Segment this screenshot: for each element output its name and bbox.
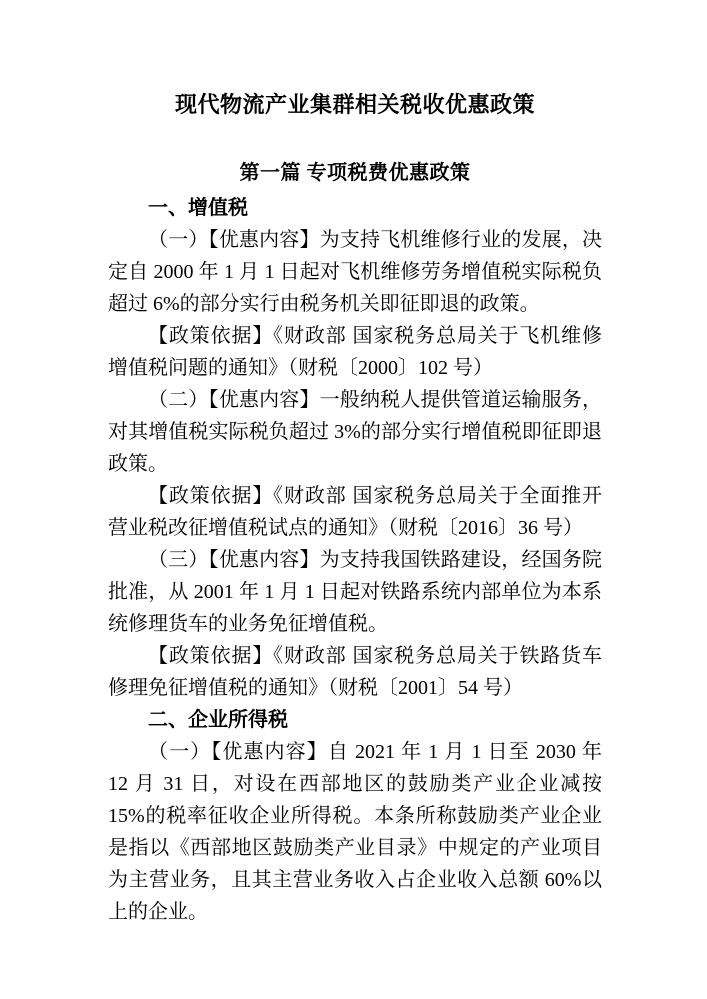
paragraph-vat-benefit-3: （三）【优惠内容】为支持我国铁路建设，经国务院批准，从 2001 年 1 月 1…	[108, 544, 602, 640]
paragraph-vat-basis-1: 【政策依据】《财政部 国家税务总局关于飞机维修增值税问题的通知》（财税〔2000…	[108, 320, 602, 384]
paragraph-vat-benefit-2: （二）【优惠内容】一般纳税人提供管道运输服务，对其增值税实际税负超过 3%的部分…	[108, 384, 602, 480]
section-heading-vat: 一、增值税	[108, 192, 602, 224]
document-title: 现代物流产业集群相关税收优惠政策	[108, 90, 602, 120]
section-heading-corporate-income-tax: 二、企业所得税	[108, 704, 602, 736]
paragraph-vat-basis-3: 【政策依据】《财政部 国家税务总局关于铁路货车修理免征增值税的通知》（财税〔20…	[108, 640, 602, 704]
part-title: 第一篇 专项税费优惠政策	[108, 159, 602, 187]
paragraph-vat-basis-2: 【政策依据】《财政部 国家税务总局关于全面推开营业税改征增值税试点的通知》（财税…	[108, 480, 602, 544]
document-page: 现代物流产业集群相关税收优惠政策 第一篇 专项税费优惠政策 一、增值税 （一）【…	[0, 0, 707, 999]
paragraph-cit-benefit-1: （一）【优惠内容】自 2021 年 1 月 1 日至 2030 年 12 月 3…	[108, 736, 602, 928]
document-body: 一、增值税 （一）【优惠内容】为支持飞机维修行业的发展，决定自 2000 年 1…	[108, 192, 602, 928]
paragraph-vat-benefit-1: （一）【优惠内容】为支持飞机维修行业的发展，决定自 2000 年 1 月 1 日…	[108, 224, 602, 320]
